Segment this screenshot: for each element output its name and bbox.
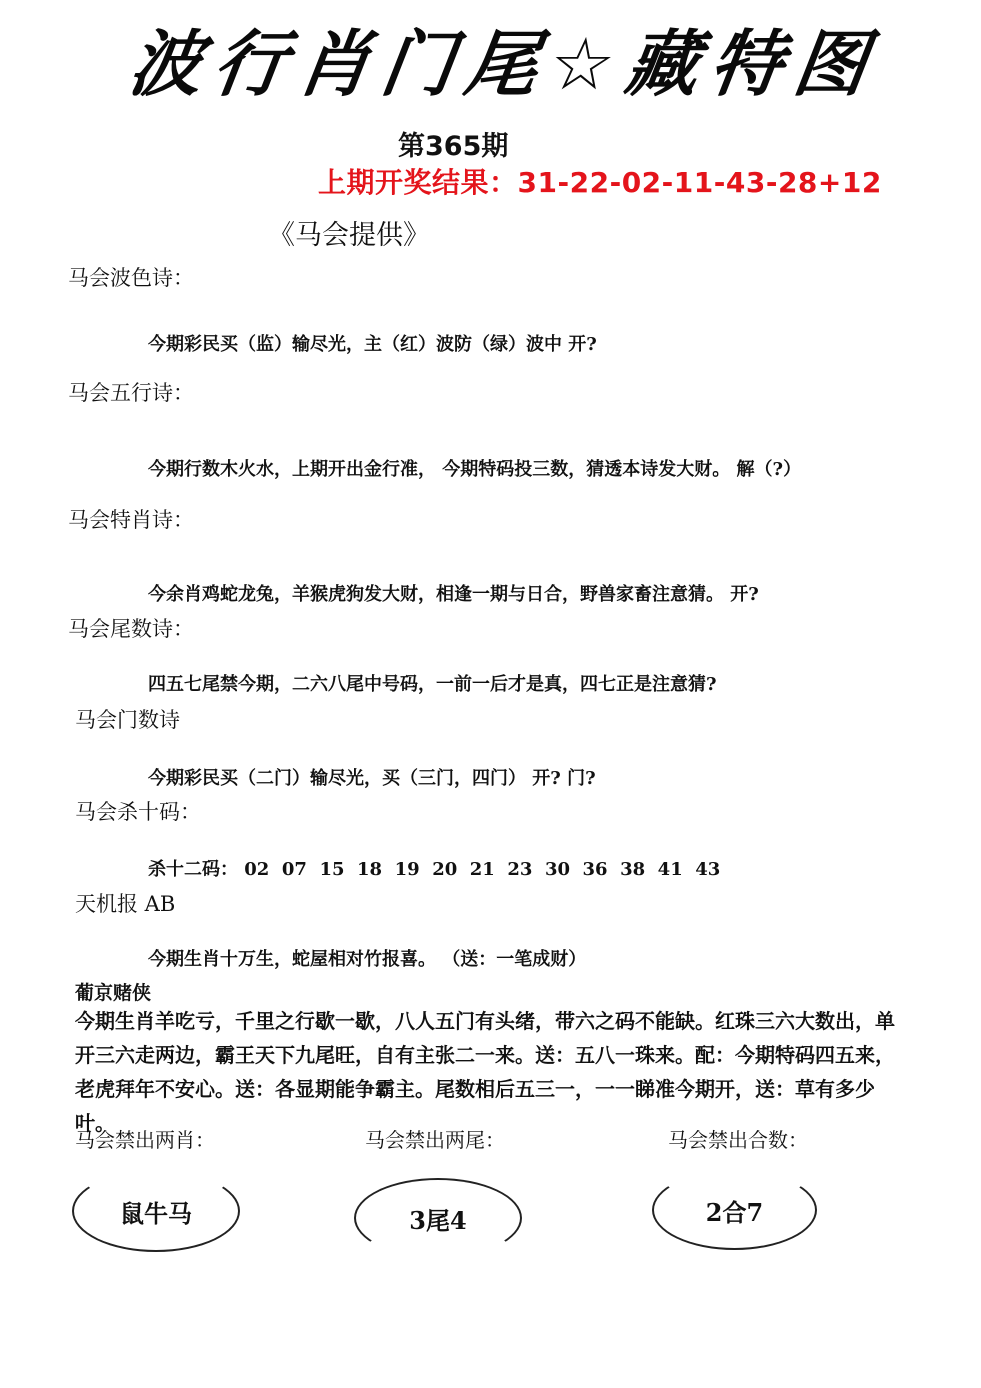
ban-label-tail: 马会禁出两尾： (365, 1124, 505, 1153)
pujing-paragraph: 今期生肖羊吃亏，千里之行歇一歇，八人五门有头绪，带六之码不能缺。红珠三六大数出，… (75, 1004, 905, 1140)
section-label-door-number: 马会门数诗 (75, 704, 180, 734)
ban-oval-tail: 3尾4 (354, 1178, 522, 1258)
ban-oval-zodiac: 鼠牛马 (72, 1170, 240, 1252)
section-label-wave-color: 马会波色诗： (68, 262, 194, 292)
poem-tianji: 今期生肖十万生，蛇屋相对竹报喜。 （送：一笔成财） (148, 945, 586, 971)
ban-value-tail: 3尾4 (409, 1201, 466, 1236)
section-label-five-elements: 马会五行诗： (68, 377, 194, 407)
ban-oval-sum: 2合7 (652, 1170, 817, 1250)
last-draw-result: 上期开奖结果：31-22-02-11-43-28+12 (318, 161, 882, 201)
poem-five-elements: 今期行数木火水，上期开出金行准， 今期特码投三数，猜透本诗发大财。 解（?） (148, 455, 801, 481)
last-draw-numbers: 31-22-02-11-43-28+12 (518, 166, 882, 199)
source-credit: 《马会提供》 (268, 213, 430, 252)
poem-door-number: 今期彩民买（二门）输尽光，买（三门，四门） 开? 门? (148, 764, 596, 790)
kill-numbers-line: 杀十二码： 02 07 15 18 19 20 21 23 30 36 38 4… (148, 855, 720, 881)
poem-tail-number: 四五七尾禁今期，二六八尾中号码，一前一后才是真，四七正是注意猜? (148, 670, 717, 696)
issue-number: 第365期 (398, 124, 508, 163)
poem-wave-color: 今期彩民买（监）输尽光，主（红）波防（绿）波中 开? (148, 330, 597, 356)
last-draw-label: 上期开奖结果： (318, 166, 518, 199)
ban-value-sum: 2合7 (706, 1193, 763, 1228)
kill-numbers-list: 02 07 15 18 19 20 21 23 30 36 38 41 43 (244, 859, 720, 880)
section-label-kill-numbers: 马会杀十码： (75, 796, 201, 826)
ban-value-zodiac: 鼠牛马 (120, 1194, 192, 1229)
section-label-tianji: 天机报 AB (75, 888, 175, 918)
ban-label-zodiac: 马会禁出两肖： (75, 1124, 215, 1153)
poem-special-zodiac: 今余肖鸡蛇龙兔，羊猴虎狗发大财，相逢一期与日合，野兽家畜注意猜。 开? (148, 580, 759, 606)
kill-numbers-label: 杀十二码： (148, 859, 238, 880)
banner-title: 波行肖门尾☆藏特图 (125, 28, 884, 100)
ban-label-sum: 马会禁出合数： (668, 1124, 808, 1153)
section-label-special-zodiac: 马会特肖诗： (68, 504, 194, 534)
section-label-tail-number: 马会尾数诗： (68, 613, 194, 643)
section-label-pujing: 葡京赌侠 (75, 978, 151, 1005)
